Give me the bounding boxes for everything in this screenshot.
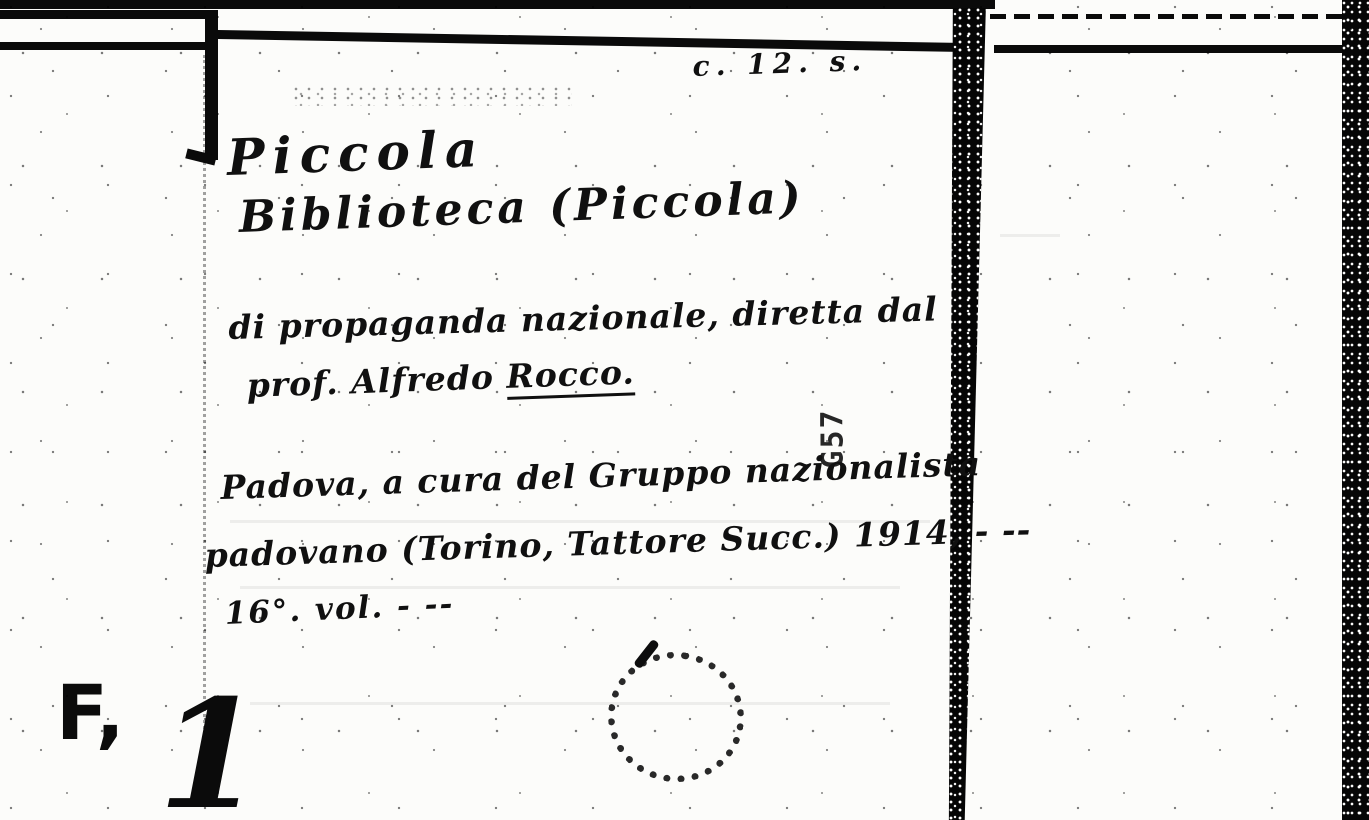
card-left-edge	[203, 55, 206, 770]
right-edge-bar	[1342, 0, 1369, 820]
scan-streak	[1000, 234, 1060, 237]
top-left-second-line	[0, 10, 210, 19]
right-page-top-edge	[994, 45, 1345, 53]
imprint-line1: Padova, a cura del Gruppo nazionalista	[220, 444, 982, 507]
scan-smudge	[292, 86, 572, 106]
body-line1: di propaganda nazionale, diretta dal	[228, 289, 938, 347]
author-surname: Rocco.	[506, 352, 636, 399]
format-line: 16°. vol. - --	[224, 586, 455, 632]
top-border-line	[0, 0, 995, 9]
shelf-annotation: c. 12. s.	[692, 44, 868, 83]
scanned-catalog-card: c. 12. s. Piccola Biblioteca (Piccola) d…	[0, 0, 1369, 820]
author-prefix: prof. Alfredo	[246, 357, 507, 405]
corner-letter-f: F,	[56, 668, 125, 757]
scan-streak	[240, 586, 900, 589]
corner-digit-1: 1	[158, 688, 262, 820]
top-right-dashed-line	[990, 14, 1342, 19]
author-line: prof. Alfredo Rocco.	[246, 352, 635, 405]
corner-bracket-vertical	[205, 10, 218, 160]
card-heading-line1: Piccola	[226, 119, 486, 187]
corner-bracket-horizontal	[0, 42, 208, 50]
hole-punch-ring	[599, 642, 754, 792]
scan-streak	[250, 702, 890, 705]
book-spine-shadow	[948, 8, 992, 820]
